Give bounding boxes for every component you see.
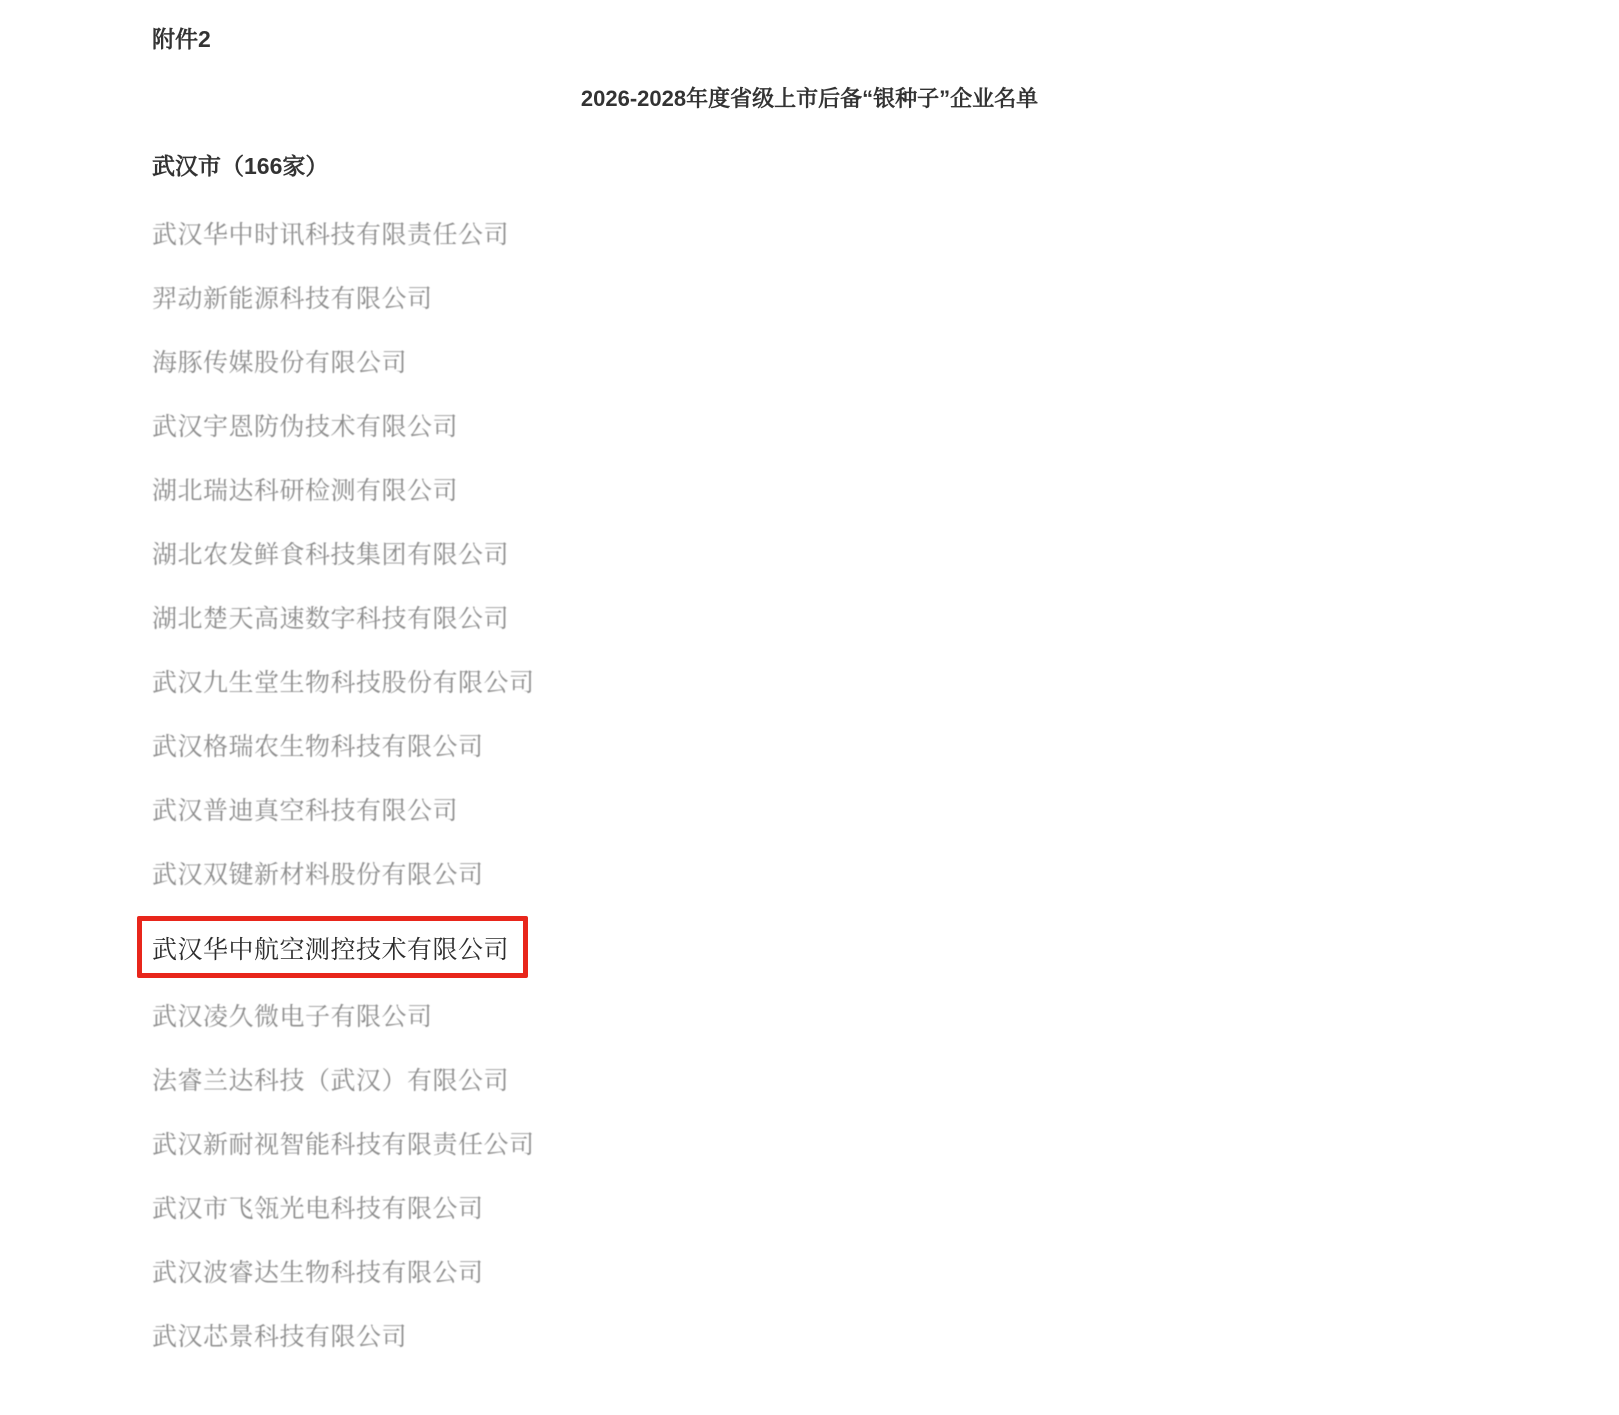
company-name: 武汉双键新材料股份有限公司 [152,861,484,889]
company-name: 湖北楚天高速数字科技有限公司 [152,605,509,633]
company-name: 湖北瑞达科研检测有限公司 [152,477,458,505]
company-list-item: 武汉芯景科技有限公司 [152,1324,1619,1350]
company-list-item: 湖北瑞达科研检测有限公司 [152,478,1619,504]
company-name: 武汉市飞瓴光电科技有限公司 [152,1195,484,1223]
company-name: 湖北农发鲜食科技集团有限公司 [152,541,509,569]
company-list-item: 武汉波睿达生物科技有限公司 [152,1260,1619,1286]
company-list-item: 羿动新能源科技有限公司 [152,286,1619,312]
company-list-item: 武汉市飞瓴光电科技有限公司 [152,1196,1619,1222]
company-name: 羿动新能源科技有限公司 [152,285,433,313]
document-page: 附件2 2026-2028年度省级上市后备“银种子”企业名单 武汉市（166家）… [0,0,1619,1350]
company-list-item: 湖北农发鲜食科技集团有限公司 [152,542,1619,568]
company-list-item: 武汉华中时讯科技有限责任公司 [152,222,1619,248]
company-name: 武汉新耐视智能科技有限责任公司 [152,1131,535,1159]
company-list-item: 武汉普迪真空科技有限公司 [152,798,1619,824]
highlighted-company-name: 武汉华中航空测控技术有限公司 [152,936,509,964]
company-list-item-highlighted: 武汉华中航空测控技术有限公司 [152,916,1619,978]
company-list-item: 武汉九生堂生物科技股份有限公司 [152,670,1619,696]
company-name: 武汉华中时讯科技有限责任公司 [152,221,509,249]
company-name: 武汉宇恩防伪技术有限公司 [152,413,458,441]
company-name: 海豚传媒股份有限公司 [152,349,407,377]
company-name: 武汉九生堂生物科技股份有限公司 [152,669,535,697]
section-heading-wuhan: 武汉市（166家） [152,153,1619,180]
company-name: 武汉波睿达生物科技有限公司 [152,1259,484,1287]
company-name: 武汉格瑞农生物科技有限公司 [152,733,484,761]
company-list-item: 法睿兰达科技（武汉）有限公司 [152,1068,1619,1094]
company-list-item: 海豚传媒股份有限公司 [152,350,1619,376]
company-name: 武汉普迪真空科技有限公司 [152,797,458,825]
document-title: 2026-2028年度省级上市后备“银种子”企业名单 [0,86,1619,112]
highlight-box: 武汉华中航空测控技术有限公司 [137,916,528,978]
company-name: 武汉凌久微电子有限公司 [152,1003,433,1031]
company-list: 武汉华中时讯科技有限责任公司 羿动新能源科技有限公司 海豚传媒股份有限公司 武汉… [152,222,1619,1350]
company-list-item: 湖北楚天高速数字科技有限公司 [152,606,1619,632]
company-name: 武汉芯景科技有限公司 [152,1323,407,1351]
company-list-item: 武汉双键新材料股份有限公司 [152,862,1619,888]
company-name: 法睿兰达科技（武汉）有限公司 [152,1067,509,1095]
company-list-item: 武汉新耐视智能科技有限责任公司 [152,1132,1619,1158]
company-list-item: 武汉凌久微电子有限公司 [152,1004,1619,1030]
company-list-item: 武汉格瑞农生物科技有限公司 [152,734,1619,760]
attachment-label: 附件2 [152,26,1619,53]
company-list-item: 武汉宇恩防伪技术有限公司 [152,414,1619,440]
